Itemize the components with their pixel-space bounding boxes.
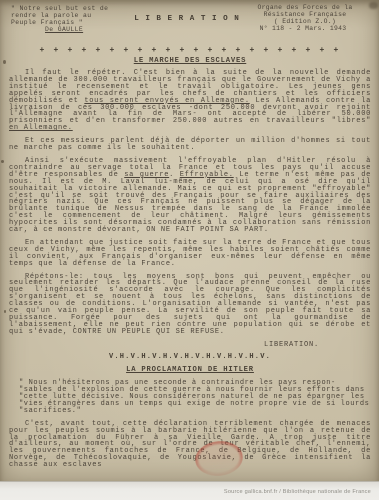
section-divider: V.H.V.H.V.H.V.H.V.H.V.H.V.H.V. [9, 353, 371, 361]
footer-bar: Source gallica.bnf.fr / Bibliothèque nat… [0, 481, 379, 500]
motto-line: rendre la parole au [11, 12, 141, 19]
source-attribution: Source gallica.bnf.fr / Bibliothèque nat… [224, 489, 371, 495]
masthead-organisation: Organe des Forces de laRésistance França… [241, 4, 369, 25]
hitler-quote: " Nous n'hésiterons pas une seconde à co… [19, 380, 371, 415]
scan-speck [1, 160, 4, 163]
paragraph: Ainsi s'exécute massivement l'effroyable… [9, 158, 371, 234]
motto-line: Peuple Français " [11, 19, 141, 26]
paragraph: En attendant que justice soit faite sur … [9, 240, 371, 268]
article-headline: LE MARCHE DES ESCLAVES [9, 57, 371, 65]
motto-line: " Notre seul but est de [11, 5, 141, 12]
issue-number: N° 118 - 2 Mars. 1943 [239, 25, 367, 32]
scan-speck [3, 60, 6, 64]
scan-speck [4, 310, 6, 313]
paragraph: Il faut le répéter. C'est bien à la suit… [9, 70, 371, 132]
masthead-title: L I B E R A T I O N [127, 15, 247, 23]
organisation-line: ( Edition Z.O.) [241, 18, 369, 25]
paragraph: Répétons-le: tous les moyens sont bons q… [9, 274, 371, 336]
organisation-line: Organe des Forces de la [241, 4, 369, 11]
article-signature: LIBERATION. [9, 341, 371, 349]
motto-author: De GAULLE [45, 26, 141, 33]
closing-paragraph: C'est, avant tout, cette déclaration ter… [9, 421, 371, 469]
masthead: " Notre seul but est de rendre la parole… [9, 4, 371, 46]
organisation-line: Résistance Française [241, 11, 369, 18]
cross-divider: + + + + + + + + + + + + + + + + + + + + … [9, 47, 371, 55]
masthead-motto: " Notre seul but est de rendre la parole… [11, 5, 141, 33]
section2-headline: LA PROCLAMATION DE HITLER [9, 366, 371, 374]
article-body: Il faut le répéter. C'est bien à la suit… [9, 70, 371, 336]
paragraph: Et ces messieurs parlent déjà de déporte… [9, 138, 371, 152]
quote-line: "sacrifices." [19, 408, 371, 415]
scanned-page: " Notre seul but est de rendre la parole… [0, 0, 379, 482]
scan-smudge [369, 2, 378, 9]
motto-lines: " Notre seul but est de rendre la parole… [11, 5, 141, 26]
